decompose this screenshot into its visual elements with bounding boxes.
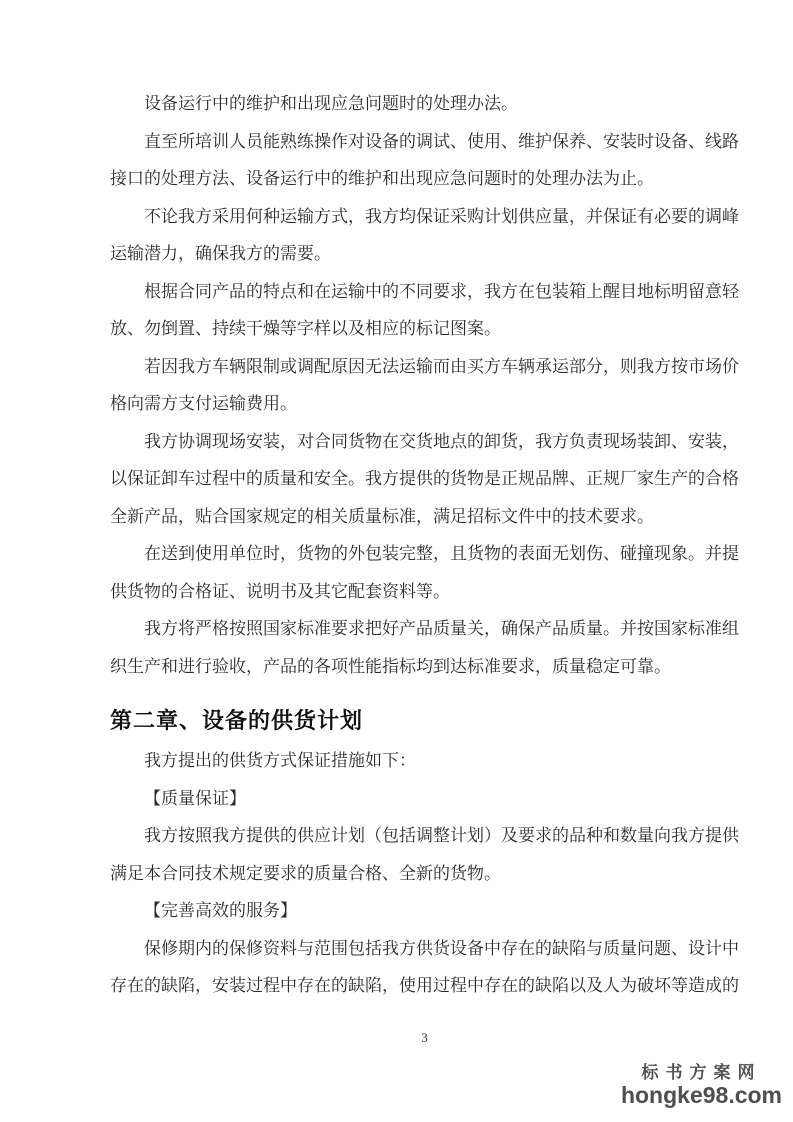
bracket-subheading: 【质量保证】 [110, 780, 739, 818]
paragraph: 在送到使用单位时，货物的外包装完整，且货物的表面无划伤、碰撞现象。并提供货物的合… [110, 535, 739, 610]
chapter-heading: 第二章、设备的供货计划 [110, 699, 739, 742]
bracket-subheading: 【完善高效的服务】 [110, 892, 739, 930]
watermark-logo: 标书方案网 hongke98.com [621, 1064, 782, 1107]
document-body: 设备运行中的维护和出现应急问题时的处理办法。 直至所培训人员能熟练操作对设备的调… [110, 85, 739, 1005]
paragraph: 设备运行中的维护和出现应急问题时的处理办法。 [110, 85, 739, 123]
watermark-site-name: 标书方案网 [621, 1064, 782, 1081]
paragraph: 我方提出的供货方式保证措施如下： [110, 742, 739, 780]
paragraph: 我方将严格按照国家标准要求把好产品质量关，确保产品质量。并按国家标准组织生产和进… [110, 610, 739, 685]
paragraph: 保修期内的保修资料与范围包括我方供货设备中存在的缺陷与质量问题、设计中存在的缺陷… [110, 930, 739, 1005]
paragraph: 若因我方车辆限制或调配原因无法运输而由买方车辆承运部分，则我方按市场价格向需方支… [110, 348, 739, 423]
paragraph: 我方按照我方提供的供应计划（包括调整计划）及要求的品种和数量向我方提供满足本合同… [110, 817, 739, 892]
document-page: 设备运行中的维护和出现应急问题时的处理办法。 直至所培训人员能熟练操作对设备的调… [0, 0, 793, 1122]
paragraph: 直至所培训人员能熟练操作对设备的调试、使用、维护保养、安装时设备、线路接口的处理… [110, 123, 739, 198]
watermark-site-url: hongke98.com [621, 1084, 782, 1107]
paragraph: 不论我方采用何种运输方式，我方均保证采购计划供应量，并保证有必要的调峰运输潜力，… [110, 198, 739, 273]
paragraph: 根据合同产品的特点和在运输中的不同要求，我方在包装箱上醒目地标明留意轻放、勿倒置… [110, 273, 739, 348]
page-number: 3 [110, 1030, 739, 1046]
paragraph: 我方协调现场安装，对合同货物在交货地点的卸货，我方负责现场装卸、安装，以保证卸车… [110, 423, 739, 536]
